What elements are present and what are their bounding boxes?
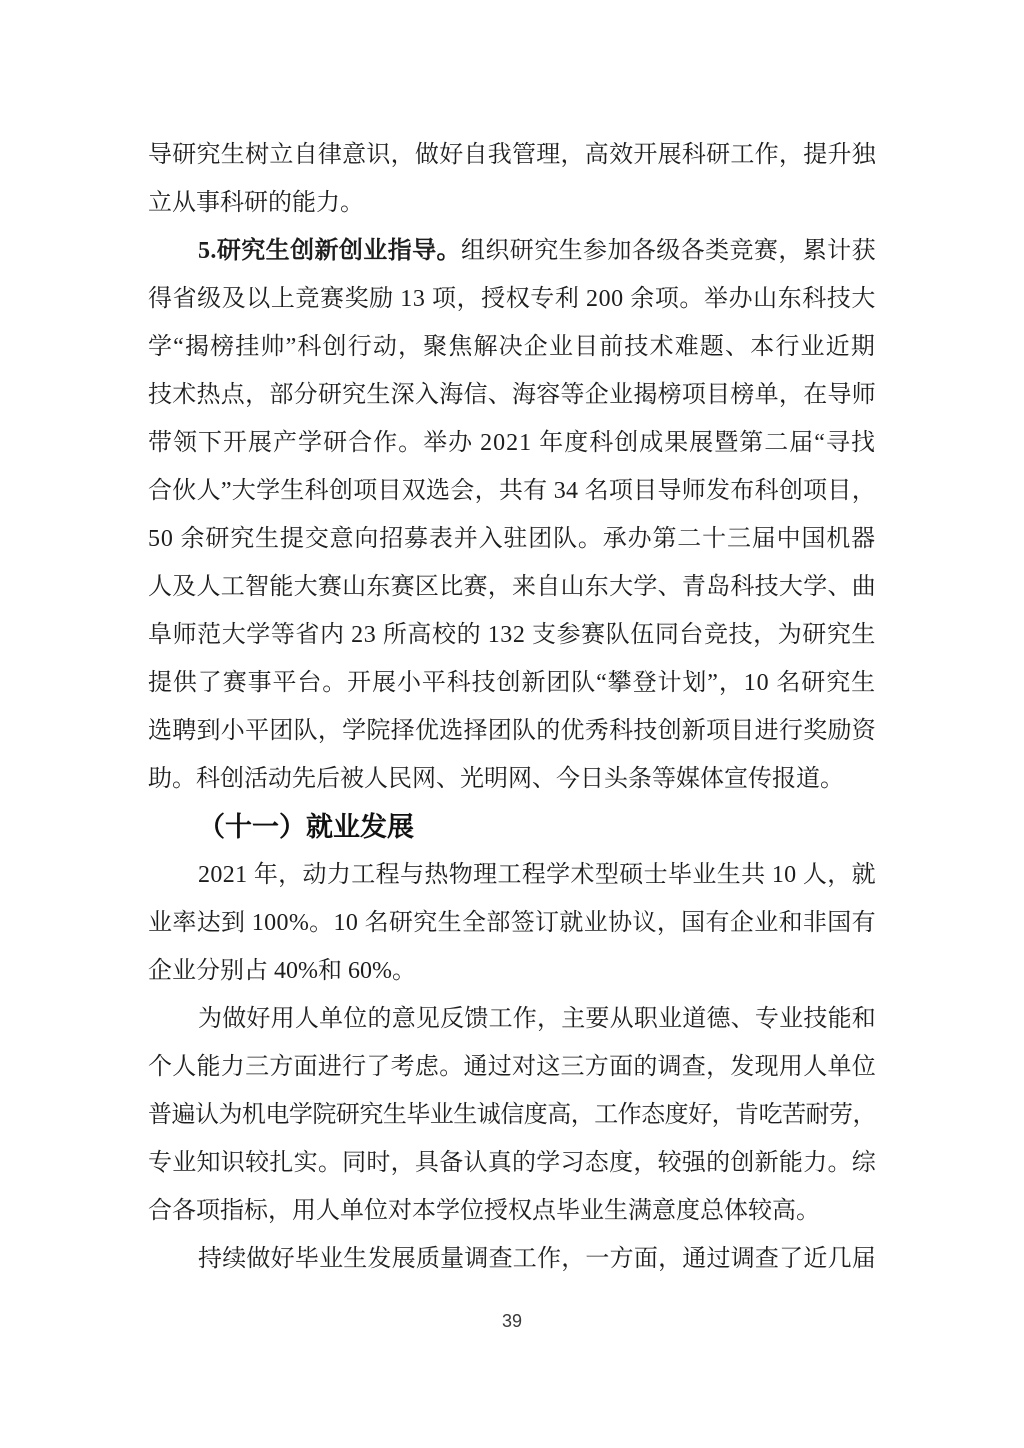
line-text: 合伙人”大学生科创项目双选会，共有 34 名项目导师发布科创项目，	[148, 478, 876, 504]
line-text: 合各项指标，用人单位对本学位授权点毕业生满意度总体较高。	[148, 1198, 820, 1224]
paragraph-line: 2021 年，动力工程与热物理工程学术型硕士毕业生共 10 人，就	[148, 851, 876, 899]
paragraph-line: 为做好用人单位的意见反馈工作，主要从职业道德、专业技能和	[148, 995, 876, 1043]
paragraph-line: 技术热点，部分研究生深入海信、海容等企业揭榜项目榜单，在导师	[148, 371, 876, 419]
section-heading-text: （十一）就业发展	[198, 812, 414, 842]
paragraph-line: 50 余研究生提交意向招募表并入驻团队。承办第二十三届中国机器	[148, 515, 876, 563]
line-text: 持续做好毕业生发展质量调查工作，一方面，通过调查了近几届	[198, 1246, 876, 1272]
line-text: 技术热点，部分研究生深入海信、海容等企业揭榜项目榜单，在导师	[148, 382, 876, 408]
line-text: 组织研究生参加各级各类竞赛，累计获	[461, 238, 876, 264]
paragraph-line: 个人能力三方面进行了考虑。通过对这三方面的调查，发现用人单位	[148, 1043, 876, 1091]
paragraph-line: 阜师范大学等省内 23 所高校的 132 支参赛队伍同台竞技，为研究生	[148, 611, 876, 659]
paragraph-line: 持续做好毕业生发展质量调查工作，一方面，通过调查了近几届	[148, 1235, 876, 1283]
page-body-text: 导研究生树立自律意识，做好自我管理，高效开展科研工作，提升独 立从事科研的能力。…	[148, 131, 876, 1283]
paragraph-line: 合各项指标，用人单位对本学位授权点毕业生满意度总体较高。	[148, 1187, 876, 1235]
line-text: 助。科创活动先后被人民网、光明网、今日头条等媒体宣传报道。	[148, 766, 844, 792]
line-text: 业率达到 100%。10 名研究生全部签订就业协议，国有企业和非国有	[148, 910, 876, 936]
line-text: 为做好用人单位的意见反馈工作，主要从职业道德、专业技能和	[198, 1006, 876, 1032]
paragraph-line: 助。科创活动先后被人民网、光明网、今日头条等媒体宣传报道。	[148, 755, 876, 803]
line-text: 50 余研究生提交意向招募表并入驻团队。承办第二十三届中国机器	[148, 526, 876, 552]
bold-lead-in: 5.研究生创新创业指导。	[198, 238, 461, 264]
paragraph-line: 导研究生树立自律意识，做好自我管理，高效开展科研工作，提升独	[148, 131, 876, 179]
paragraph-line: 5.研究生创新创业指导。组织研究生参加各级各类竞赛，累计获	[148, 227, 876, 275]
document-page: 导研究生树立自律意识，做好自我管理，高效开展科研工作，提升独 立从事科研的能力。…	[0, 0, 1024, 1448]
line-text: 阜师范大学等省内 23 所高校的 132 支参赛队伍同台竞技，为研究生	[148, 622, 876, 648]
section-heading: （十一）就业发展	[148, 803, 876, 851]
page-number: 39	[0, 1311, 1024, 1332]
line-text: 个人能力三方面进行了考虑。通过对这三方面的调查，发现用人单位	[148, 1054, 876, 1080]
paragraph-line: 提供了赛事平台。开展小平科技创新团队“攀登计划”，10 名研究生	[148, 659, 876, 707]
paragraph-line: 得省级及以上竞赛奖励 13 项，授权专利 200 余项。举办山东科技大	[148, 275, 876, 323]
line-text: 得省级及以上竞赛奖励 13 项，授权专利 200 余项。举办山东科技大	[148, 286, 876, 312]
line-text: 人及人工智能大赛山东赛区比赛，来自山东大学、青岛科技大学、曲	[148, 574, 876, 600]
line-text: 普遍认为机电学院研究生毕业生诚信度高，工作态度好，肯吃苦耐劳，	[148, 1102, 876, 1128]
paragraph-line: 学“揭榜挂帅”科创行动，聚焦解决企业目前技术难题、本行业近期	[148, 323, 876, 371]
line-text: 导研究生树立自律意识，做好自我管理，高效开展科研工作，提升独	[148, 142, 876, 168]
line-text: 专业知识较扎实。同时，具备认真的学习态度，较强的创新能力。综	[148, 1150, 876, 1176]
paragraph-line: 带领下开展产学研合作。举办 2021 年度科创成果展暨第二届“寻找	[148, 419, 876, 467]
line-text: 选聘到小平团队，学院择优选择团队的优秀科技创新项目进行奖励资	[148, 718, 876, 744]
paragraph-line: 立从事科研的能力。	[148, 179, 876, 227]
paragraph-line: 业率达到 100%。10 名研究生全部签订就业协议，国有企业和非国有	[148, 899, 876, 947]
paragraph-line: 人及人工智能大赛山东赛区比赛，来自山东大学、青岛科技大学、曲	[148, 563, 876, 611]
paragraph-line: 普遍认为机电学院研究生毕业生诚信度高，工作态度好，肯吃苦耐劳，	[148, 1091, 876, 1139]
line-text: 带领下开展产学研合作。举办 2021 年度科创成果展暨第二届“寻找	[148, 430, 876, 456]
line-text: 提供了赛事平台。开展小平科技创新团队“攀登计划”，10 名研究生	[148, 670, 876, 696]
paragraph-line: 专业知识较扎实。同时，具备认真的学习态度，较强的创新能力。综	[148, 1139, 876, 1187]
line-text: 学“揭榜挂帅”科创行动，聚焦解决企业目前技术难题、本行业近期	[148, 334, 876, 360]
line-text: 立从事科研的能力。	[148, 190, 364, 216]
paragraph-line: 合伙人”大学生科创项目双选会，共有 34 名项目导师发布科创项目，	[148, 467, 876, 515]
line-text: 2021 年，动力工程与热物理工程学术型硕士毕业生共 10 人，就	[198, 862, 876, 888]
paragraph-line: 企业分别占 40%和 60%。	[148, 947, 876, 995]
paragraph-line: 选聘到小平团队，学院择优选择团队的优秀科技创新项目进行奖励资	[148, 707, 876, 755]
line-text: 企业分别占 40%和 60%。	[148, 958, 416, 984]
